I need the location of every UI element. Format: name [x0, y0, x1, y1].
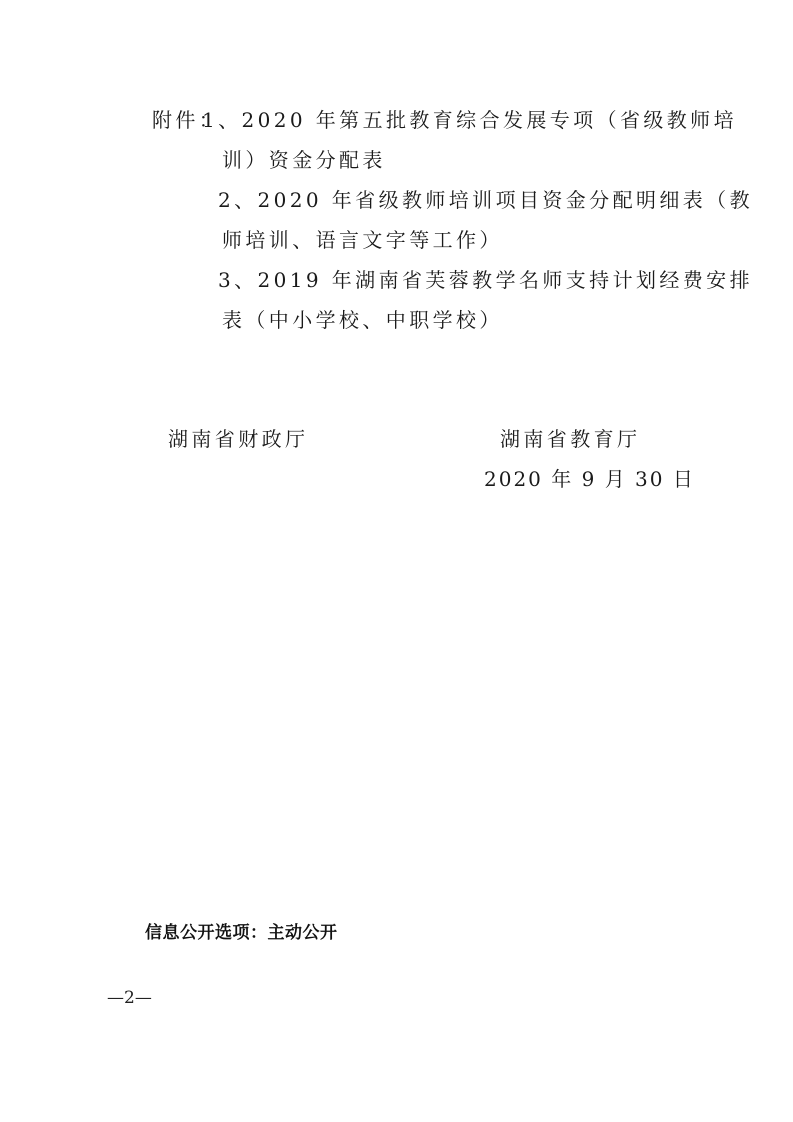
signature-date: 2020 年 9 月 30 日 [484, 467, 695, 491]
signature-finance-department: 湖南省财政厅 [168, 427, 308, 451]
signature-education-department: 湖南省教育厅 [500, 427, 640, 451]
attachment-item-2-line-2: 师培训、语言文字等工作） [222, 228, 503, 252]
document-page: 附件： 1、2020 年第五批教育综合发展专项（省级教师培 训）资金分配表 2、… [0, 0, 793, 1122]
attachment-item-3-line-1: 3、2019 年湖南省芙蓉教学名师支持计划经费安排 [218, 268, 753, 292]
attachment-item-1-line-2: 训）资金分配表 [222, 148, 386, 172]
page-number: —2— [107, 988, 152, 1008]
attachment-item-2-line-1: 2、2020 年省级教师培训项目资金分配明细表（教 [218, 188, 753, 212]
attachment-item-1-line-1: 1、2020 年第五批教育综合发展专项（省级教师培 [202, 108, 737, 132]
attachment-item-3-line-2: 表（中小学校、中职学校） [222, 308, 503, 332]
disclosure-option: 信息公开选项：主动公开 [145, 918, 338, 943]
